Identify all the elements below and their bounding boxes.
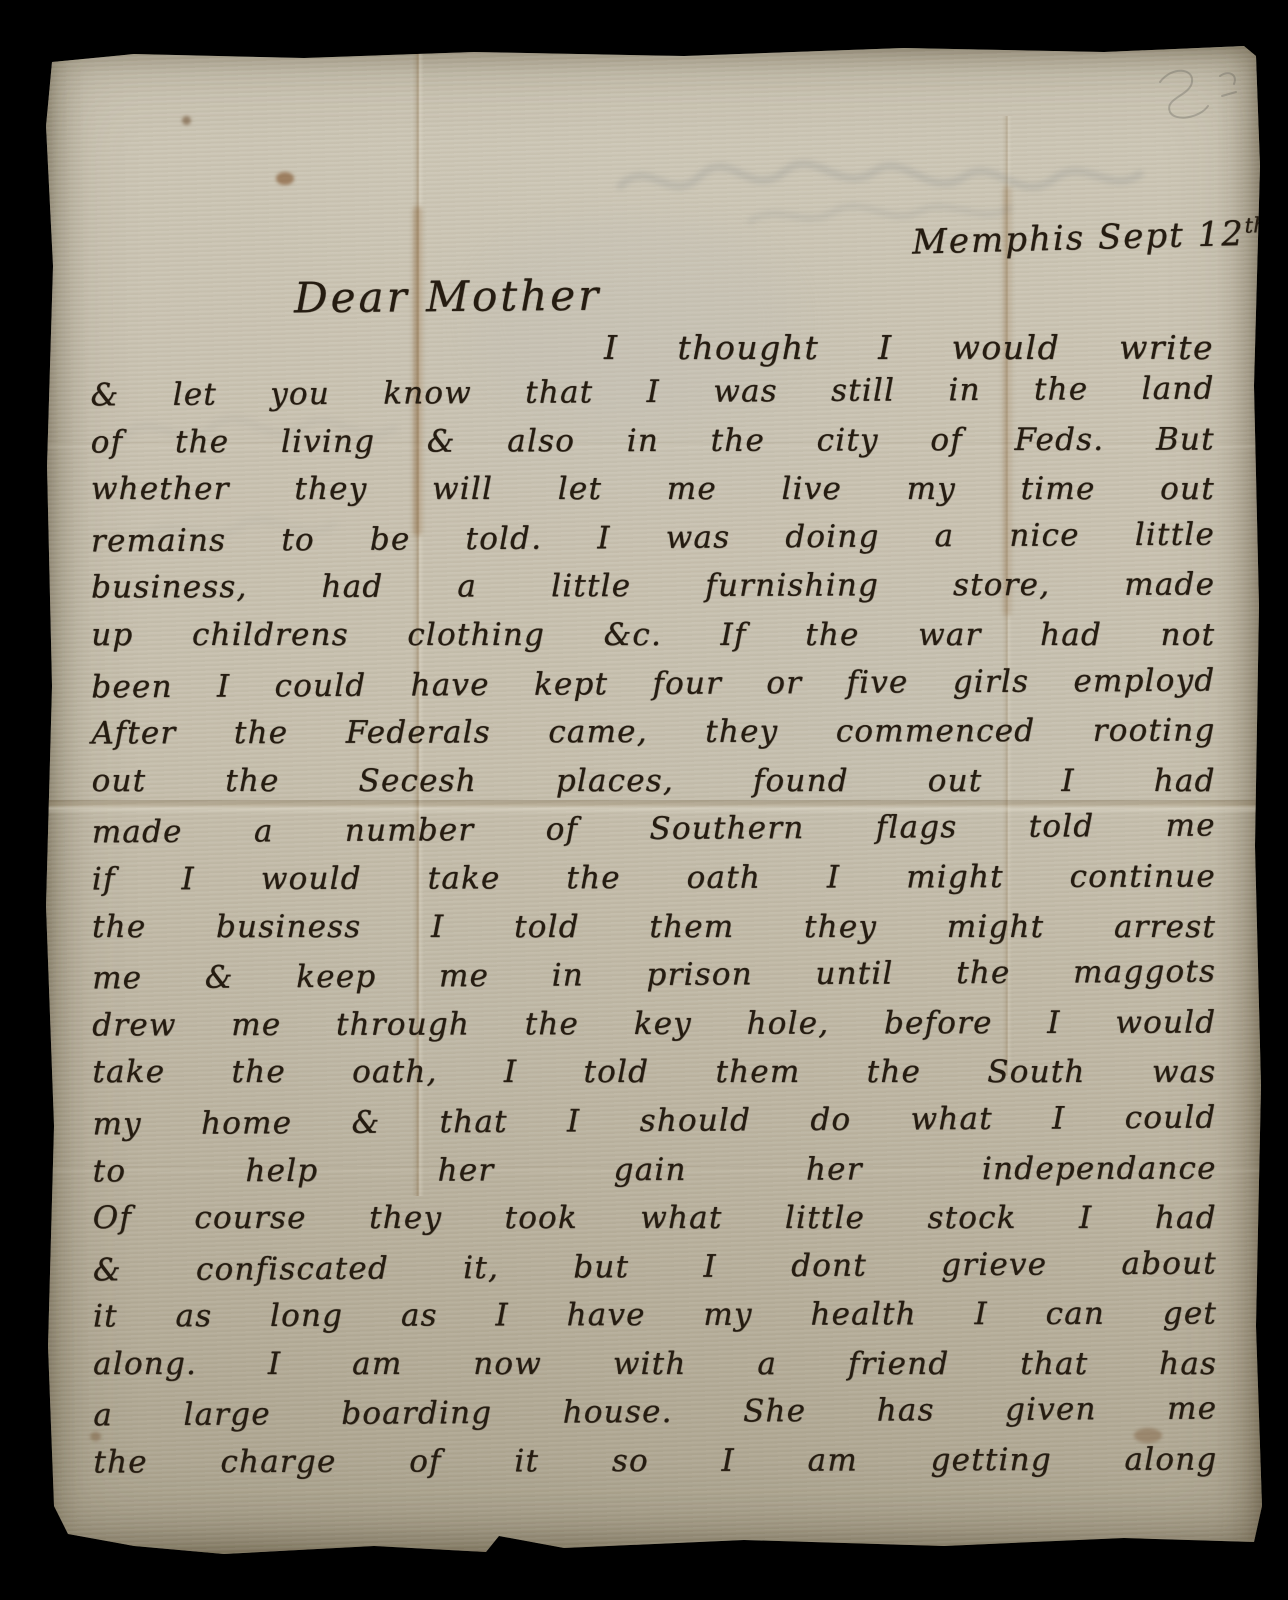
letter-paper: Memphis Sept 12th Dear Mother I thought … bbox=[44, 46, 1262, 1558]
letter-opening-line: I thought I would write bbox=[604, 328, 1214, 367]
letter-line: remains to be told. I was doing a nice l… bbox=[91, 510, 1215, 565]
letter-line: Of course they took what little stock I … bbox=[93, 1194, 1217, 1243]
letter-line: & let you know that I was still in the l… bbox=[90, 365, 1214, 420]
small-stain bbox=[182, 116, 191, 125]
letter-line: if I would take the oath I might continu… bbox=[92, 852, 1216, 904]
letter-body: & let you know that I was still in the l… bbox=[91, 367, 1218, 1488]
letter-line: After the Federals came, they commenced … bbox=[91, 707, 1215, 759]
letter-line: the charge of it so I am getting along bbox=[93, 1436, 1217, 1488]
letter-line: & confiscated it, but I dont grieve abou… bbox=[93, 1239, 1217, 1294]
letter-line: my home & that I should do what I could bbox=[92, 1093, 1216, 1148]
pencil-scribble bbox=[1142, 52, 1252, 132]
letter-line: take the oath, I told them the South was bbox=[92, 1048, 1216, 1097]
letter-salutation: Dear Mother bbox=[294, 271, 602, 323]
dateline-ordinal: th bbox=[1244, 213, 1267, 238]
letter-line: been I could have kept four or five girl… bbox=[91, 656, 1215, 711]
letter-line: to help her gain her independance bbox=[93, 1144, 1217, 1196]
letter-line: a large boarding house. She has given me bbox=[93, 1385, 1217, 1440]
dateline-text: Memphis Sept 12 bbox=[912, 214, 1246, 263]
letter-dateline: Memphis Sept 12th bbox=[912, 214, 1243, 263]
ink-stain bbox=[276, 172, 294, 185]
letter-line: the business I told them they might arre… bbox=[92, 903, 1216, 952]
letter-line: made a number of Southern flags told me bbox=[92, 802, 1216, 857]
letter-line: business, had a little furnishing store,… bbox=[91, 561, 1215, 613]
letter-photo: Memphis Sept 12th Dear Mother I thought … bbox=[0, 0, 1288, 1600]
letter-line: of the living & also in the city of Feds… bbox=[91, 415, 1215, 467]
letter-line: me & keep me in prison until the maggots bbox=[92, 948, 1216, 1003]
letter-line: drew me through the key hole, before I w… bbox=[92, 998, 1216, 1050]
letter-line: along. I am now with a friend that has bbox=[93, 1340, 1217, 1389]
letter-line: up childrens clothing &c. If the war had… bbox=[91, 611, 1215, 660]
letter-line: out the Secesh places, found out I had bbox=[92, 757, 1216, 806]
letter-line: whether they will let me live my time ou… bbox=[91, 465, 1215, 514]
letter-line: it as long as I have my health I can get bbox=[93, 1290, 1217, 1342]
